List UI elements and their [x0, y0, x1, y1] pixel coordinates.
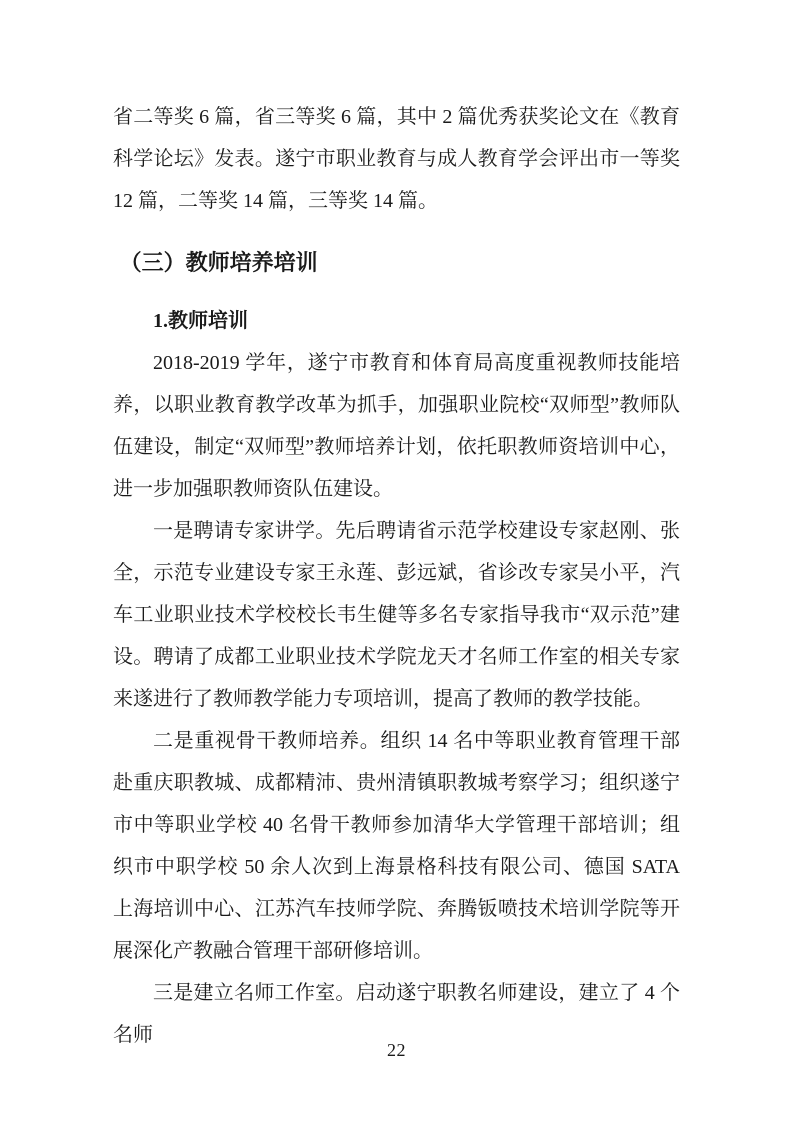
paragraph-expert-lectures: 一是聘请专家讲学。先后聘请省示范学校建设专家赵刚、张全，示范专业建设专家王永莲、… — [113, 510, 680, 720]
section-heading: （三）教师培养培训 — [113, 240, 680, 286]
page-content: 省二等奖 6 篇，省三等奖 6 篇，其中 2 篇优秀获奖论文在《教育科学论坛》发… — [113, 96, 680, 1056]
paragraph-backbone-teachers: 二是重视骨干教师培养。组织 14 名中等职业教育管理干部赴重庆职教城、成都精沛、… — [113, 720, 680, 972]
paragraph-overview: 2018-2019 学年，遂宁市教育和体育局高度重视教师技能培养，以职业教育教学… — [113, 342, 680, 510]
page-footer: 22 — [0, 1040, 793, 1061]
continuation-paragraph: 省二等奖 6 篇，省三等奖 6 篇，其中 2 篇优秀获奖论文在《教育科学论坛》发… — [113, 96, 680, 222]
page-number: 22 — [387, 1040, 406, 1060]
subsection-heading: 1.教师培训 — [113, 300, 680, 342]
document-page: 省二等奖 6 篇，省三等奖 6 篇，其中 2 篇优秀获奖论文在《教育科学论坛》发… — [0, 0, 793, 1122]
